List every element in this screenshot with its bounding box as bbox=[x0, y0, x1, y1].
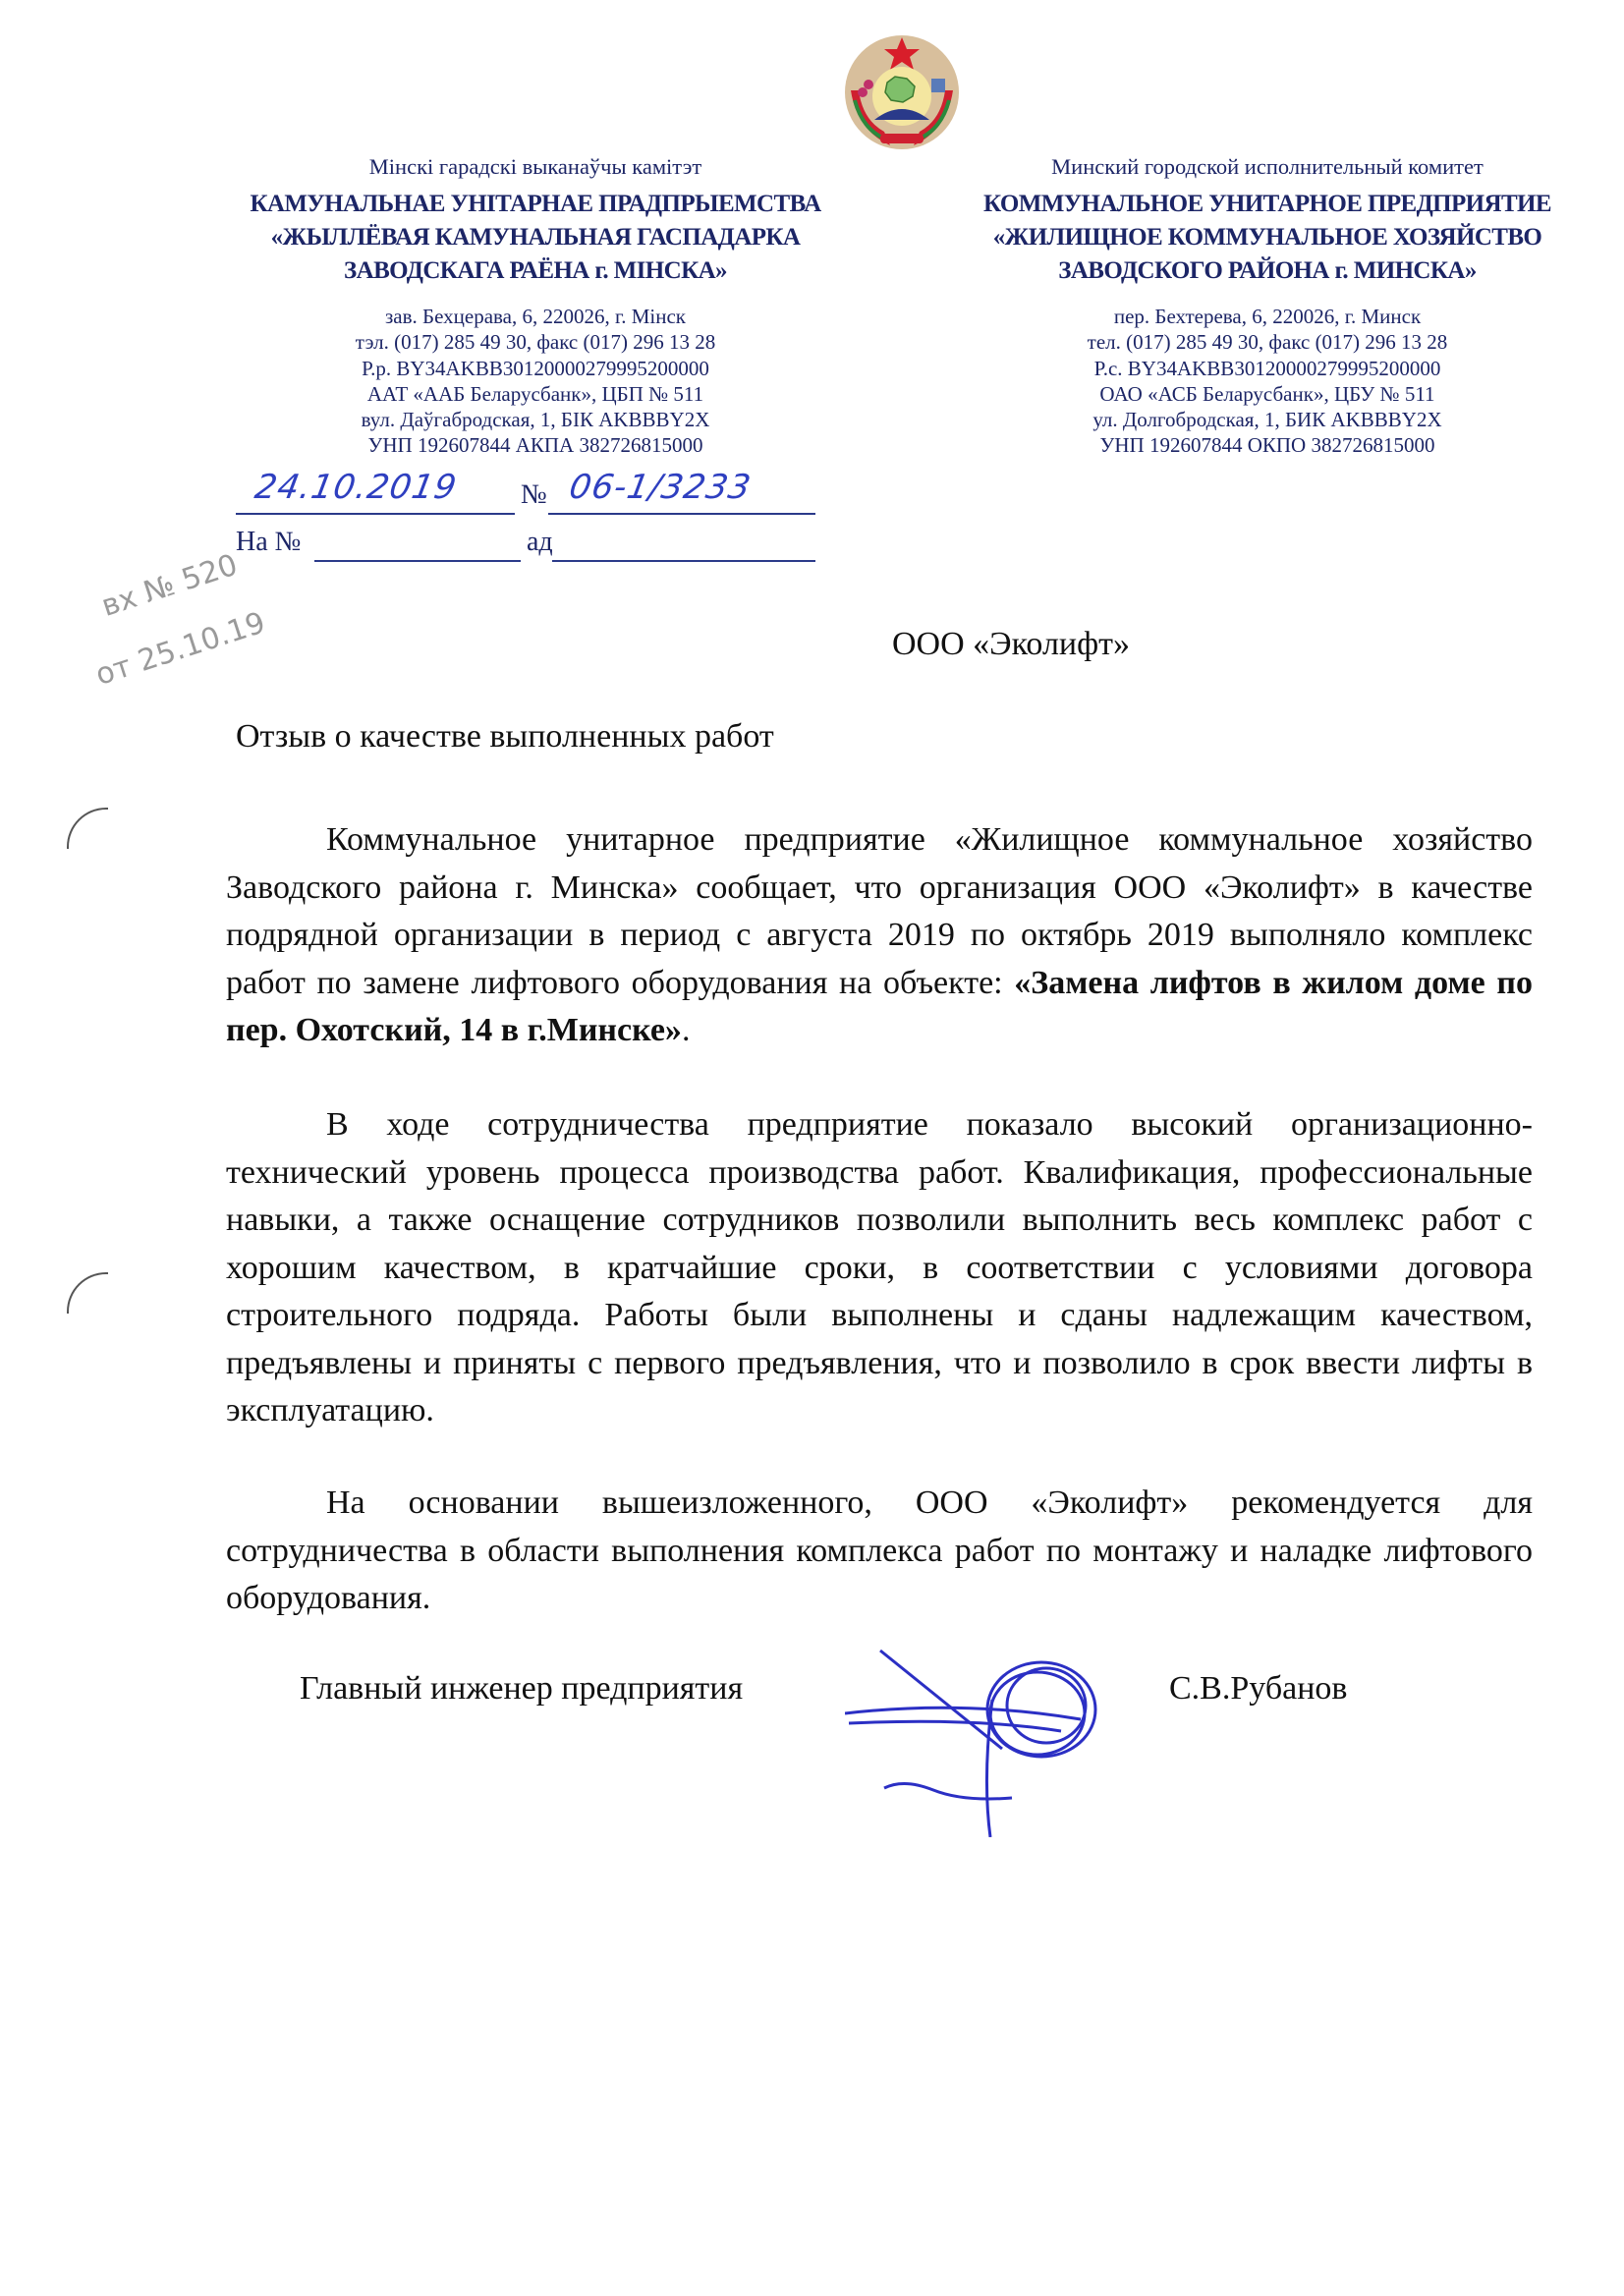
reference-date-label: ад bbox=[527, 527, 553, 558]
incoming-number: вх № 520 bbox=[97, 548, 242, 624]
letterhead-belarusian: Мінскі гарадскі выканаўчы камітэт КАМУНА… bbox=[196, 152, 874, 459]
letterhead-russian: Минский городской исполнительный комитет… bbox=[928, 152, 1606, 459]
address: зав. Бехцерава, 6, 220026, г. Мінск bbox=[196, 304, 874, 329]
body-paragraph-3: На основании вышеизложенного, ООО «Эколи… bbox=[226, 1480, 1533, 1623]
tax-ids: УНП 192607844 ОКПО 382726815000 bbox=[928, 432, 1606, 458]
date-line bbox=[236, 513, 515, 515]
punch-mark bbox=[67, 1272, 108, 1314]
authority-name: Мінскі гарадскі выканаўчы камітэт bbox=[196, 152, 874, 182]
body-paragraph-1: Коммунальное унитарное предприятие «Жили… bbox=[226, 816, 1533, 1055]
contact-details: зав. Бехцерава, 6, 220026, г. Мінск тэл.… bbox=[196, 304, 874, 459]
number-line bbox=[548, 513, 815, 515]
tax-ids: УНП 192607844 АКПА 382726815000 bbox=[196, 432, 874, 458]
phone-fax: тэл. (017) 285 49 30, факс (017) 296 13 … bbox=[196, 329, 874, 355]
state-emblem-icon bbox=[833, 22, 971, 159]
org-name-line: «ЖИЛИЩНОЕ КОММУНАЛЬНОЕ ХОЗЯЙСТВО bbox=[928, 221, 1606, 254]
contact-details: пер. Бехтерева, 6, 220026, г. Минск тел.… bbox=[928, 304, 1606, 459]
reference-registration: На № ад bbox=[236, 527, 825, 566]
phone-fax: тел. (017) 285 49 30, факс (017) 296 13 … bbox=[928, 329, 1606, 355]
org-name-line: КАМУНАЛЬНАЕ УНІТАРНАЕ ПРАДПРЫЕМСТВА bbox=[196, 188, 874, 221]
reference-date-line bbox=[552, 560, 815, 562]
recipient: ООО «Эколифт» bbox=[892, 621, 1130, 669]
reference-number-label: На № bbox=[236, 527, 301, 558]
bank-address: вул. Даўгабродская, 1, БІК AKBBBY2X bbox=[196, 407, 874, 432]
body-paragraph-2: В ходе сотрудничества предприятие показа… bbox=[226, 1101, 1533, 1435]
address: пер. Бехтерева, 6, 220026, г. Минск bbox=[928, 304, 1606, 329]
org-name-line: ЗАВОДСКОГО РАЙОНА г. МИНСКА» bbox=[928, 254, 1606, 288]
bank-address: ул. Долгобродская, 1, БИК AKBBBY2X bbox=[928, 407, 1606, 432]
org-name-line: ЗАВОДСКАГА РАЁНА г. МІНСКА» bbox=[196, 254, 874, 288]
bank-account: Р.с. BY34AKBB30120000279995200000 bbox=[928, 356, 1606, 381]
bank-name: ОАО «АСБ Беларусбанк», ЦБУ № 511 bbox=[928, 381, 1606, 407]
number-label: № bbox=[521, 479, 547, 511]
org-name-line: «ЖЫЛЛЁВАЯ КАМУНАЛЬНАЯ ГАСПАДАРКА bbox=[196, 221, 874, 254]
handwritten-date: 24.10.2019 bbox=[252, 468, 460, 507]
handwritten-number: 06-1/3233 bbox=[566, 468, 754, 507]
reference-number-line bbox=[314, 560, 521, 562]
punch-mark bbox=[67, 808, 108, 849]
signatory-position: Главный инженер предприятия bbox=[300, 1665, 743, 1713]
signatory-name: С.В.Рубанов bbox=[1169, 1665, 1347, 1713]
org-name-line: КОММУНАЛЬНОЕ УНИТАРНОЕ ПРЕДПРИЯТИЕ bbox=[928, 188, 1606, 221]
bank-account: Р.р. BY34AKBB30120000279995200000 bbox=[196, 356, 874, 381]
bank-name: ААТ «ААБ Беларусбанк», ЦБП № 511 bbox=[196, 381, 874, 407]
authority-name: Минский городской исполнительный комитет bbox=[928, 152, 1606, 182]
letter-subject: Отзыв о качестве выполненных работ bbox=[236, 713, 774, 761]
outgoing-registration: 24.10.2019 № 06-1/3233 bbox=[236, 474, 825, 513]
